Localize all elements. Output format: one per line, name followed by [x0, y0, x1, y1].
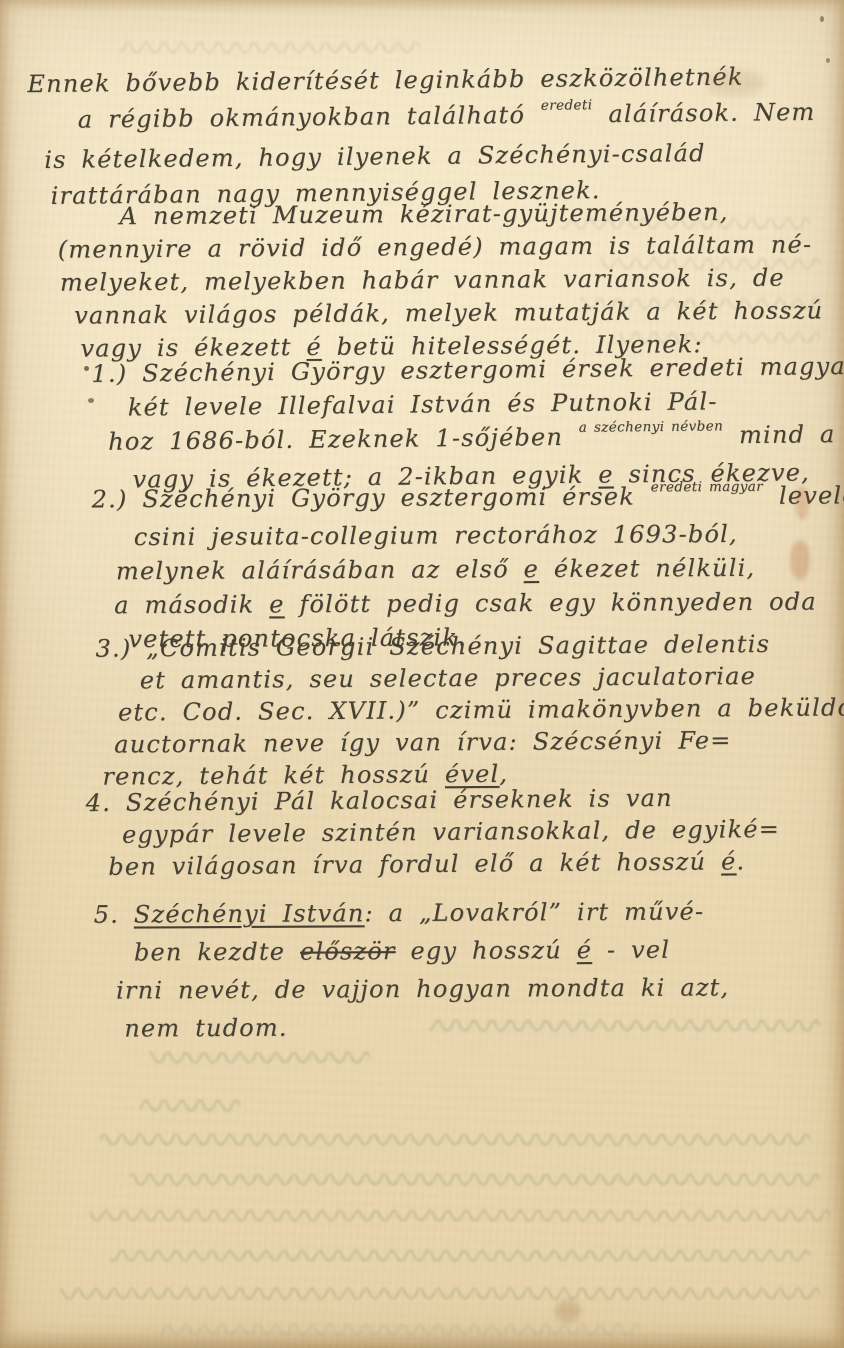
ink-stain	[795, 486, 809, 520]
paper-sheet: Ennek bővebb kiderítését leginkább eszkö…	[0, 0, 844, 1348]
manuscript-scan: { "page": { "kind_note": "scanned handwr…	[0, 0, 844, 1348]
ink-stain	[820, 16, 824, 22]
ink-stain	[790, 540, 810, 580]
ink-stain	[84, 366, 89, 371]
stain-layer	[0, 0, 844, 1348]
ink-stain	[826, 58, 830, 63]
ink-stain	[555, 1300, 581, 1322]
ink-stain	[88, 398, 94, 403]
ink-stain	[705, 70, 765, 96]
